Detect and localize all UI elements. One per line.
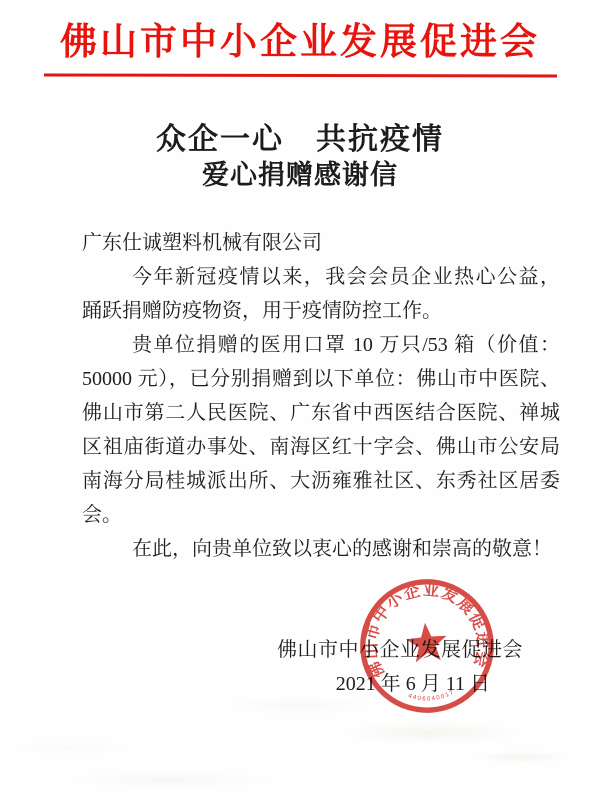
letter-body: 广东仕诚塑料机械有限公司今年新冠疫情以来，我会会员企业热心公益，踊跃捐赠防疫物资… <box>82 226 560 566</box>
body-line: 50000 元），已分别捐赠到以下单位：佛山市中医院、 <box>82 362 560 396</box>
seal-code: 4406040017 <box>407 689 457 704</box>
body-line: 今年新冠疫情以来，我会会员企业热心公益， <box>82 260 560 294</box>
recipient-line: 广东仕诚塑料机械有限公司 <box>82 226 560 260</box>
letterhead-divider <box>44 73 557 77</box>
scanned-letter-page: 佛山市中小企业发展促进会 众企一心 共抗疫情 爱心捐赠感谢信 广东仕诚塑料机械有… <box>0 0 600 800</box>
seal-star-icon <box>405 621 449 663</box>
body-line: 区祖庙街道办事处、南海区红十字会、佛山市公安局 <box>82 430 560 464</box>
letterhead-org-name: 佛山市中小企业发展促进会 <box>0 11 600 65</box>
letter-title: 众企一心 共抗疫情 <box>0 114 600 158</box>
official-seal: 佛山市中小企业发展促进会 4406040017 <box>351 570 503 722</box>
svg-text:4406040017: 4406040017 <box>407 689 457 704</box>
letter-subtitle: 爱心捐赠感谢信 <box>0 153 600 192</box>
body-line: 会。 <box>82 498 560 532</box>
body-line: 南海分局桂城派出所、大沥雍雅社区、东秀社区居委 <box>82 464 560 498</box>
body-line: 踊跃捐赠防疫物资，用于疫情防控工作。 <box>82 294 560 328</box>
body-line: 贵单位捐赠的医用口罩 10 万只/53 箱（价值： <box>82 328 560 362</box>
body-line: 在此，向贵单位致以衷心的感谢和崇高的敬意！ <box>82 532 560 566</box>
body-line: 佛山市第二人民医院、广东省中西医结合医院、禅城 <box>82 396 560 430</box>
